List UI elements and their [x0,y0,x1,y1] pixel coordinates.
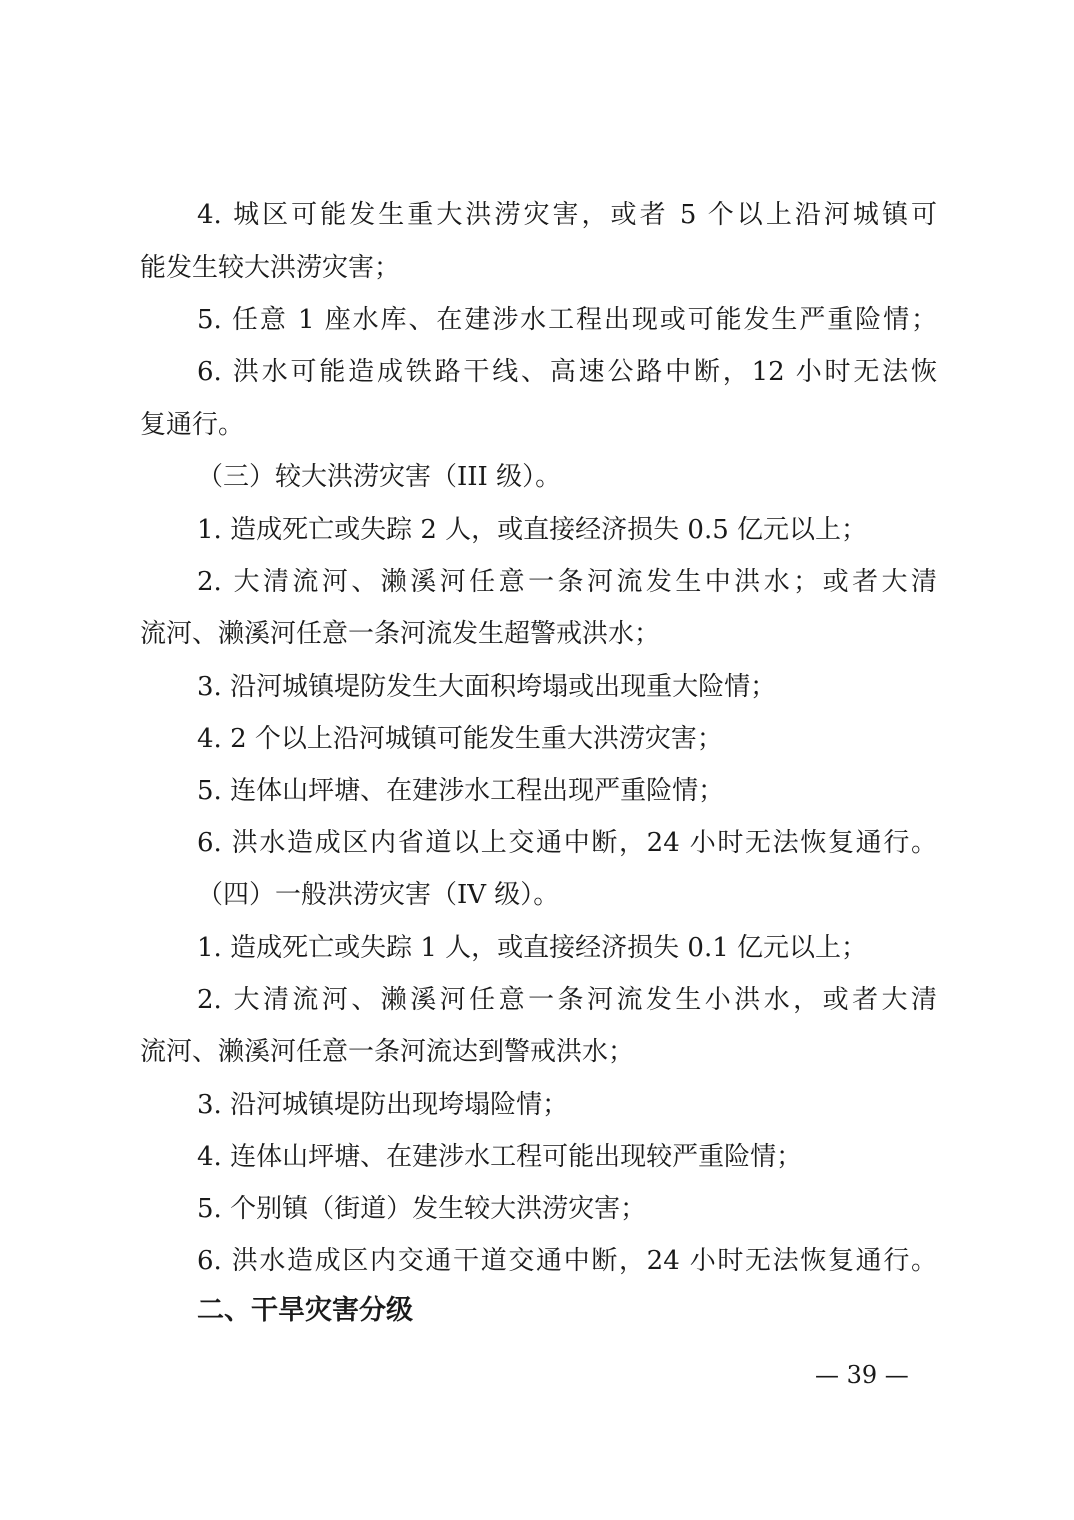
section-heading-drought: 二、干旱灾害分级 [197,1294,413,1328]
list-item-5-reservoir: 5. 任意 1 座水库、在建涉水工程出现或可能发生严重险情； [197,303,937,337]
list-item-4-major-flood-cities: 4. 城区可能发生重大洪涝灾害，或者 5 个以上沿河城镇可 [197,198,937,232]
list-item-2-rivers-small-flood: 2. 大清流河、濑溪河任意一条河流发生小洪水，或者大清 [197,983,937,1017]
section-heading-level-3: （三）较大洪涝灾害（III 级）。 [197,460,561,494]
list-item-6-continuation: 复通行。 [140,408,244,442]
list-item-3-levee-level-4: 3. 沿河城镇堤防出现垮塌险情； [197,1088,568,1122]
list-item-2-rivers-medium-flood: 2. 大清流河、濑溪河任意一条河流发生中洪水；或者大清 [197,565,937,599]
list-item-2-continuation-level-4: 流河、濑溪河任意一条河流达到警戒洪水； [140,1035,634,1069]
section-heading-level-4: （四）一般洪涝灾害（IV 级）。 [197,878,559,912]
list-item-4-towns: 4. 2 个以上沿河城镇可能发生重大洪涝灾害； [197,722,723,756]
list-item-6-trunk-road: 6. 洪水造成区内交通干道交通中断，24 小时无法恢复通行。 [197,1244,937,1278]
list-item-4-continuation: 能发生较大洪涝灾害； [140,251,400,285]
list-item-5-towns-level-4: 5. 个别镇（街道）发生较大洪涝灾害； [197,1192,646,1226]
page-number: — 39 — [815,1358,909,1392]
list-item-1-casualties-level-4: 1. 造成死亡或失踪 1 人，或直接经济损失 0.1 亿元以上； [197,931,867,965]
list-item-4-ponds-level-4: 4. 连体山坪塘、在建涉水工程可能出现较严重险情； [197,1140,802,1174]
list-item-5-ponds: 5. 连体山坪塘、在建涉水工程出现严重险情； [197,774,724,808]
list-item-2-continuation: 流河、濑溪河任意一条河流发生超警戒洪水； [140,617,660,651]
list-item-1-casualties: 1. 造成死亡或失踪 2 人，或直接经济损失 0.5 亿元以上； [197,513,867,547]
list-item-6-railway: 6. 洪水可能造成铁路干线、高速公路中断，12 小时无法恢 [197,355,937,389]
list-item-6-provincial-road: 6. 洪水造成区内省道以上交通中断，24 小时无法恢复通行。 [197,826,937,860]
list-item-3-levee-collapse: 3. 沿河城镇堤防发生大面积垮塌或出现重大险情； [197,670,776,704]
